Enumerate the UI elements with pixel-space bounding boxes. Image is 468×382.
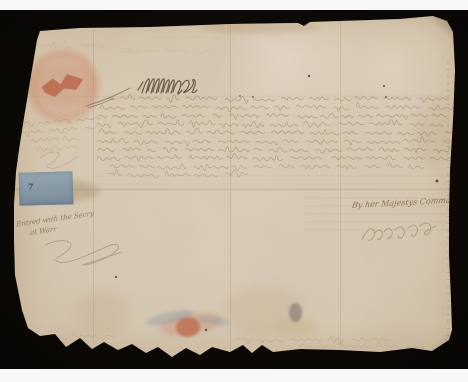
ink-speck: [383, 85, 385, 87]
prick-mark: [447, 286, 449, 287]
prick-mark: [447, 188, 449, 189]
margin-note-line: [30, 135, 78, 144]
prick-mark: [447, 300, 449, 301]
ghost-show-through-line: [150, 35, 234, 40]
ink-speck: [252, 96, 254, 98]
ink-speck: [436, 180, 439, 183]
prick-mark: [447, 174, 449, 175]
body-text-line: [98, 147, 457, 153]
bottom-docket-line: [60, 332, 114, 338]
handwriting-layer: [0, 0, 468, 382]
prick-mark: [447, 251, 449, 252]
margin-note-flourish: [40, 152, 78, 168]
prick-mark: [447, 69, 449, 70]
parchment-document: 7 By her Majestys Command Entred with th…: [0, 0, 468, 382]
prick-mark: [447, 83, 449, 84]
prick-mark: [447, 293, 449, 294]
prick-mark: [447, 181, 449, 182]
margin-note-line: [37, 144, 78, 152]
prick-mark: [447, 167, 449, 168]
prick-mark: [447, 160, 449, 161]
prick-mark: [447, 139, 449, 140]
prick-mark: [447, 97, 449, 98]
prick-mark: [447, 258, 449, 259]
body-text-line: [99, 128, 461, 136]
body-text-line: [110, 163, 424, 171]
photograph-of-document: 7 By her Majestys Command Entred with th…: [0, 0, 468, 382]
prick-mark: [447, 237, 449, 238]
body-text-line: [97, 137, 456, 146]
prick-mark: [447, 328, 449, 329]
body-text-line: [97, 154, 456, 161]
prick-mark: [447, 146, 449, 147]
prick-mark: [447, 279, 449, 280]
ghost-show-through-line: [40, 42, 104, 49]
body-text-line: [107, 94, 448, 103]
prick-mark: [447, 307, 449, 308]
ink-speck: [308, 75, 310, 77]
prick-mark: [447, 111, 449, 112]
prick-mark: [447, 321, 449, 322]
body-text-line: [97, 120, 443, 128]
prick-mark: [447, 265, 449, 266]
body-text-line: [100, 103, 454, 112]
prick-mark: [447, 209, 449, 210]
prick-mark: [447, 153, 449, 154]
ink-speck: [385, 96, 387, 98]
paraph-flourish: [86, 88, 130, 108]
body-text-line: [98, 113, 447, 119]
prick-mark: [447, 76, 449, 77]
queen-anne-signature: [138, 79, 197, 94]
prick-mark: [447, 125, 449, 126]
prick-mark: [447, 314, 449, 315]
prick-mark: [447, 223, 449, 224]
margin-note-line: [17, 113, 101, 127]
ink-speck: [115, 276, 117, 278]
prick-mark: [447, 62, 449, 63]
countersignature-scrawl: [362, 223, 436, 240]
prick-mark: [447, 132, 449, 133]
prick-mark: [447, 216, 449, 217]
prick-mark: [447, 272, 449, 273]
ink-speck: [205, 329, 207, 331]
ghost-show-through-line: [120, 48, 213, 54]
prick-mark: [447, 244, 449, 245]
prick-mark: [447, 118, 449, 119]
prick-mark: [447, 104, 449, 105]
prick-mark: [447, 90, 449, 91]
entered-docket-flourish: [45, 241, 122, 265]
margin-note-line: [22, 125, 95, 137]
body-text-line: [108, 170, 248, 179]
prick-mark: [447, 230, 449, 231]
ink-speck: [239, 95, 241, 97]
bottom-docket-line: [236, 336, 387, 343]
